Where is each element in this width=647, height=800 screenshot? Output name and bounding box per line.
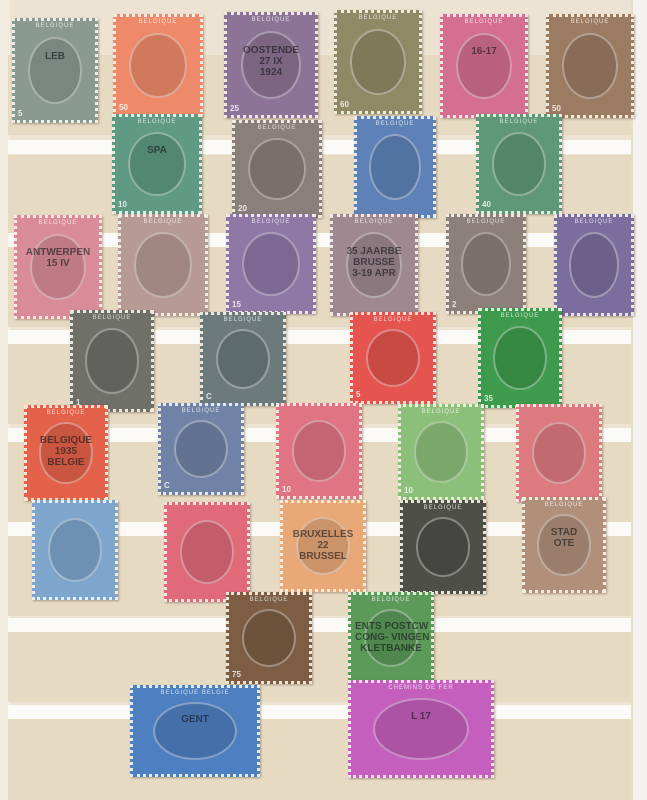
postage-stamp: BELGIQUEBELGIQUE 1935 BELGIE	[24, 405, 108, 501]
stamp-denomination: 10	[282, 485, 291, 494]
stamp-country-label: BELGIQUE	[227, 17, 315, 23]
portrait-frame	[456, 33, 512, 100]
stamp-denomination: 10	[118, 200, 127, 209]
portrait-frame	[216, 329, 270, 389]
portrait-frame	[373, 698, 468, 761]
stamp-denomination: 10	[404, 486, 413, 495]
portrait-frame	[292, 420, 346, 481]
stamp-denomination: 60	[340, 100, 349, 109]
postmark: 16-17	[447, 46, 521, 57]
postage-stamp: BELGIQUE75	[226, 592, 312, 684]
postage-stamp: BELGIQUE5	[350, 312, 436, 404]
portrait-frame	[85, 328, 138, 393]
stamp-denomination: 20	[238, 204, 247, 213]
postmark: LEB	[19, 51, 91, 62]
portrait-frame	[416, 517, 470, 577]
portrait-frame	[134, 232, 191, 297]
album-strip	[8, 632, 633, 702]
stamp-country-label: BELGIQUE	[116, 19, 200, 25]
portrait-frame	[414, 421, 468, 482]
stamp-country-label: BELGIQUE	[161, 408, 241, 414]
stamp-country-label: BELGIQUE	[15, 23, 95, 29]
postmark: STAD OTE	[529, 527, 599, 549]
stamp-denomination: 15	[232, 300, 241, 309]
postage-stamp	[164, 502, 250, 602]
stamp-country-label: BELGIQUE	[357, 121, 433, 127]
strip-gap	[8, 705, 633, 719]
postage-stamp	[516, 404, 602, 502]
postage-stamp: BELGIQUEANTWERPEN 15 IV	[14, 215, 102, 319]
stamp-denomination: 50	[119, 103, 128, 112]
postmark: BRUXELLES 22 BRUSSEL	[287, 529, 359, 562]
stamp-denomination: 40	[482, 200, 491, 209]
stamp-country-label: BELGIQUE BELGIE	[133, 690, 257, 696]
stamp-denomination: C	[164, 481, 170, 490]
postage-stamp	[32, 500, 118, 600]
postage-stamp: BRUXELLES 22 BRUSSEL	[280, 500, 366, 592]
postage-stamp: BELGIQUE50	[113, 14, 203, 117]
stamp-country-label: BELGIQUE	[337, 15, 419, 21]
stamp-country-label: BELGIQUE	[481, 313, 559, 319]
postmark: BELGIQUE 1935 BELGIE	[31, 435, 101, 468]
postage-stamp: BELGIQUE10	[398, 404, 484, 500]
postage-stamp: BELGIQUEENTS POSTCW CONG- VINGEN KLETBAN…	[348, 592, 434, 684]
stamp-denomination: 35	[484, 394, 493, 403]
postage-stamp: BELGIQUE	[354, 116, 436, 218]
portrait-frame	[153, 702, 237, 761]
postage-stamp: BELGIQUE40	[476, 114, 562, 214]
stamp-country-label: BELGIQUE	[229, 219, 313, 225]
postage-stamp: BELGIQUEC	[200, 312, 286, 406]
stamp-country-label: BELGIQUE	[115, 119, 199, 125]
postage-stamp: BELGIQUELEB5	[12, 18, 98, 123]
portrait-frame	[174, 420, 228, 479]
postage-stamp: BELGIQUE1	[70, 310, 154, 412]
stamp-country-label: BELGIQUE	[121, 219, 205, 225]
postmark: GENT	[137, 714, 253, 725]
portrait-frame	[493, 326, 546, 390]
album-right-edge	[631, 0, 647, 800]
postage-stamp: BELGIQUE60	[334, 10, 422, 114]
postage-stamp: BELGIQUE15	[226, 214, 316, 314]
portrait-frame	[129, 33, 186, 99]
portrait-frame	[532, 422, 586, 485]
postage-stamp: BELGIQUE35	[478, 308, 562, 408]
stamp-country-label: BELGIQUE	[549, 19, 631, 25]
stamp-album-page: BELGIQUELEB5BELGIQUE50BELGIQUEOOSTENDE 2…	[0, 0, 647, 800]
stamp-country-label: BELGIQUE	[235, 125, 319, 131]
postage-stamp: BELGIQUE BELGIEGENT	[130, 685, 260, 777]
portrait-frame	[366, 329, 420, 388]
stamp-country-label: BELGIQUE	[203, 317, 283, 323]
portrait-frame	[128, 132, 185, 196]
portrait-frame	[369, 134, 421, 199]
stamp-country-label: CHEMINS DE FER	[351, 685, 491, 691]
portrait-frame	[242, 232, 299, 296]
strip-gap	[8, 618, 633, 632]
portrait-frame	[569, 232, 619, 297]
postage-stamp: 10	[276, 403, 362, 499]
postage-stamp: BELGIQUEC	[158, 403, 244, 495]
stamp-denomination: 50	[552, 104, 561, 113]
postage-stamp: BELGIQUE16-17	[440, 14, 528, 118]
stamp-denomination: 5	[18, 109, 22, 118]
postage-stamp: BELGIQUE2	[446, 214, 526, 314]
portrait-frame	[28, 37, 82, 104]
stamp-country-label: BELGIQUE	[351, 597, 431, 603]
postmark: L 17	[355, 711, 487, 722]
portrait-frame	[350, 29, 406, 96]
stamp-country-label: BELGIQUE	[27, 410, 105, 416]
postage-stamp: BELGIQUESTAD OTE	[522, 497, 606, 593]
portrait-frame	[48, 518, 102, 582]
postage-stamp: BELGIQUESPA10	[112, 114, 202, 214]
postmark: OOSTENDE 27 IX 1924	[231, 45, 311, 78]
postage-stamp: BELGIQUE	[554, 214, 634, 316]
postage-stamp: BELGIQUE	[118, 214, 208, 316]
stamp-country-label: BELGIQUE	[525, 502, 603, 508]
postmark: ANTWERPEN 15 IV	[21, 247, 95, 269]
stamp-denomination: C	[206, 392, 212, 401]
postage-stamp: CHEMINS DE FERL 17	[348, 680, 494, 778]
stamp-denomination: 5	[356, 390, 360, 399]
stamp-country-label: BELGIQUE	[479, 119, 559, 125]
stamp-country-label: BELGIQUE	[353, 317, 433, 323]
portrait-frame	[242, 609, 296, 668]
postmark: 35 JAARBE BRUSSE 3-19 APR	[337, 246, 411, 279]
stamp-country-label: BELGIQUE	[73, 315, 151, 321]
stamp-country-label: BELGIQUE	[229, 597, 309, 603]
postmark: ENTS POSTCW CONG- VINGEN KLETBANKE	[355, 621, 427, 654]
stamp-country-label: BELGIQUE	[333, 219, 415, 225]
stamp-country-label: BELGIQUE	[443, 19, 525, 25]
portrait-frame	[248, 138, 305, 201]
postage-stamp: BELGIQUE50	[546, 14, 634, 118]
stamp-country-label: BELGIQUE	[17, 220, 99, 226]
stamp-country-label: BELGIQUE	[401, 409, 481, 415]
postmark: SPA	[119, 145, 195, 156]
postage-stamp: BELGIQUE	[400, 500, 486, 594]
stamp-country-label: BELGIQUE	[449, 219, 523, 225]
stamp-denomination: 75	[232, 670, 241, 679]
postage-stamp: BELGIQUEOOSTENDE 27 IX 192425	[224, 12, 318, 118]
portrait-frame	[180, 520, 234, 584]
postage-stamp: BELGIQUE20	[232, 120, 322, 218]
stamp-country-label: BELGIQUE	[557, 219, 631, 225]
stamp-denomination: 2	[452, 300, 456, 309]
album-strip	[8, 719, 633, 800]
postage-stamp: BELGIQUE35 JAARBE BRUSSE 3-19 APR	[330, 214, 418, 316]
stamp-denomination: 25	[230, 104, 239, 113]
portrait-frame	[492, 132, 546, 196]
portrait-frame	[461, 232, 511, 296]
portrait-frame	[562, 33, 618, 100]
stamp-country-label: BELGIQUE	[403, 505, 483, 511]
